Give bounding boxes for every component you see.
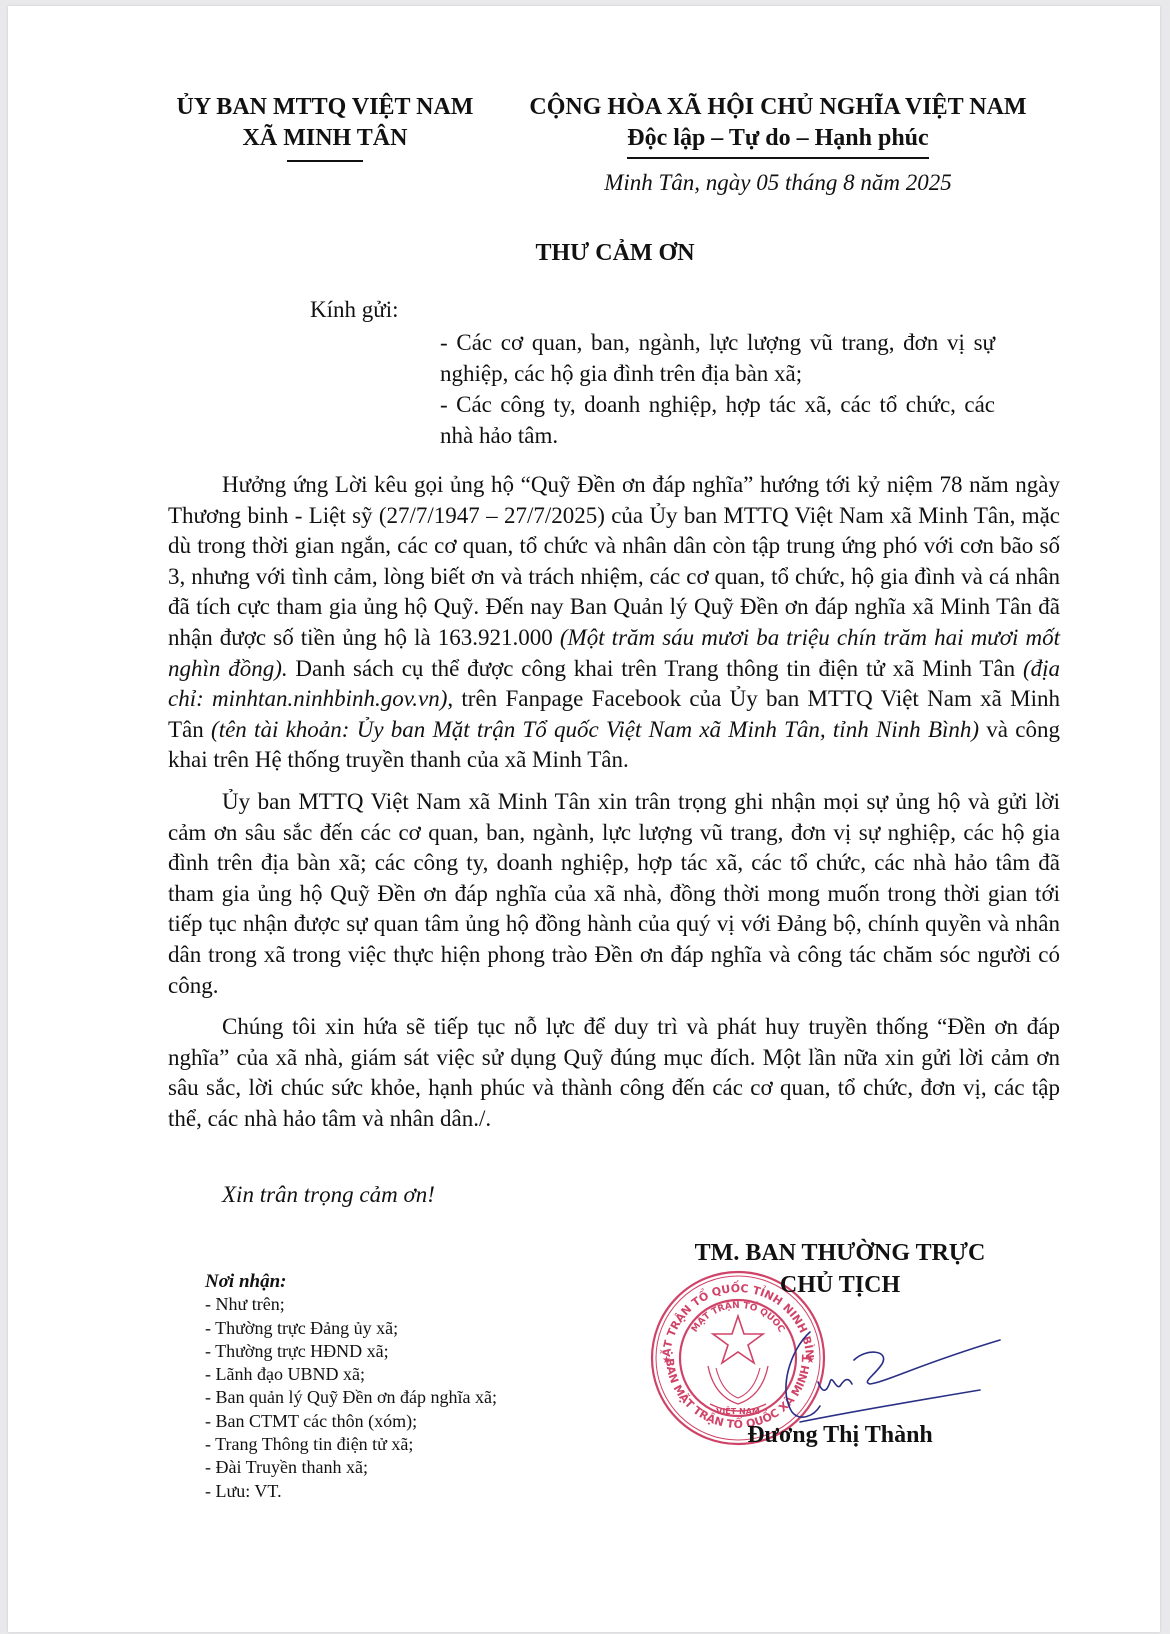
facebook-reference: (tên tài khoản: Ủy ban Mặt trận Tổ quốc … (211, 717, 979, 742)
addressee-item: - Các cơ quan, ban, ngành, lực lượng vũ … (440, 327, 995, 389)
distribution-item: - Ban CTMT các thôn (xóm); (205, 1410, 497, 1433)
paragraph-1: Hưởng ứng Lời kêu gọi ủng hộ “Quỹ Đền ơn… (168, 470, 1060, 776)
org-line-1: ỦY BAN MTTQ VIỆT NAM (160, 92, 490, 123)
svg-text:VIỆT NAM: VIỆT NAM (716, 1406, 760, 1416)
document-title: THƯ CẢM ƠN (0, 240, 1170, 267)
on-behalf-of: TM. BAN THƯỜNG TRỰC (640, 1237, 1040, 1269)
distribution-item: - Lãnh đạo UBND xã; (205, 1363, 497, 1386)
distribution-item: - Ban quản lý Quỹ Đền ơn đáp nghĩa xã; (205, 1386, 497, 1409)
nation-name: CỘNG HÒA XÃ HỘI CHỦ NGHĨA VIỆT NAM (508, 92, 1048, 123)
addressee-list: - Các cơ quan, ban, ngành, lực lượng vũ … (440, 327, 995, 451)
addressee-item: - Các công ty, doanh nghiệp, hợp tác xã,… (440, 389, 995, 451)
distribution-item: - Đài Truyền thanh xã; (205, 1456, 497, 1479)
signature-authority: TM. BAN THƯỜNG TRỰC CHỦ TỊCH (640, 1237, 1040, 1301)
letter-body: Hưởng ứng Lời kêu gọi ủng hộ “Quỹ Đền ơn… (168, 470, 1060, 1145)
issuing-organization: ỦY BAN MTTQ VIỆT NAM XÃ MINH TÂN (160, 92, 490, 162)
paragraph-3: Chúng tôi xin hứa sẽ tiếp tục nỗ lực để … (168, 1012, 1060, 1134)
greeting: Kính gửi: (310, 297, 399, 323)
distribution-item: - Trang Thông tin điện tử xã; (205, 1433, 497, 1456)
place-and-date: Minh Tân, ngày 05 tháng 8 năm 2025 (508, 170, 1048, 196)
closing-line: Xin trân trọng cảm ơn! (222, 1182, 435, 1208)
distribution-item: - Thường trực Đảng ủy xã; (205, 1317, 497, 1340)
distribution-list: Nơi nhận: - Như trên; - Thường trực Đảng… (205, 1270, 497, 1503)
national-heading: CỘNG HÒA XÃ HỘI CHỦ NGHĨA VIỆT NAM Độc l… (508, 92, 1048, 159)
org-line-2: XÃ MINH TÂN (160, 123, 490, 154)
distribution-item: - Thường trực HĐND xã; (205, 1340, 497, 1363)
national-motto: Độc lập – Tự do – Hạnh phúc (627, 123, 928, 159)
paragraph-2: Ủy ban MTTQ Việt Nam xã Minh Tân xin trâ… (168, 787, 1060, 1001)
distribution-title: Nơi nhận: (205, 1270, 497, 1293)
signer-name: Đương Thị Thành (640, 1422, 1040, 1449)
org-underline (287, 160, 363, 162)
distribution-item: - Lưu: VT. (205, 1480, 497, 1503)
signer-position: CHỦ TỊCH (640, 1269, 1040, 1301)
distribution-item: - Như trên; (205, 1293, 497, 1316)
svg-text:★: ★ (662, 1355, 671, 1366)
handwritten-signature-icon (770, 1320, 1010, 1430)
